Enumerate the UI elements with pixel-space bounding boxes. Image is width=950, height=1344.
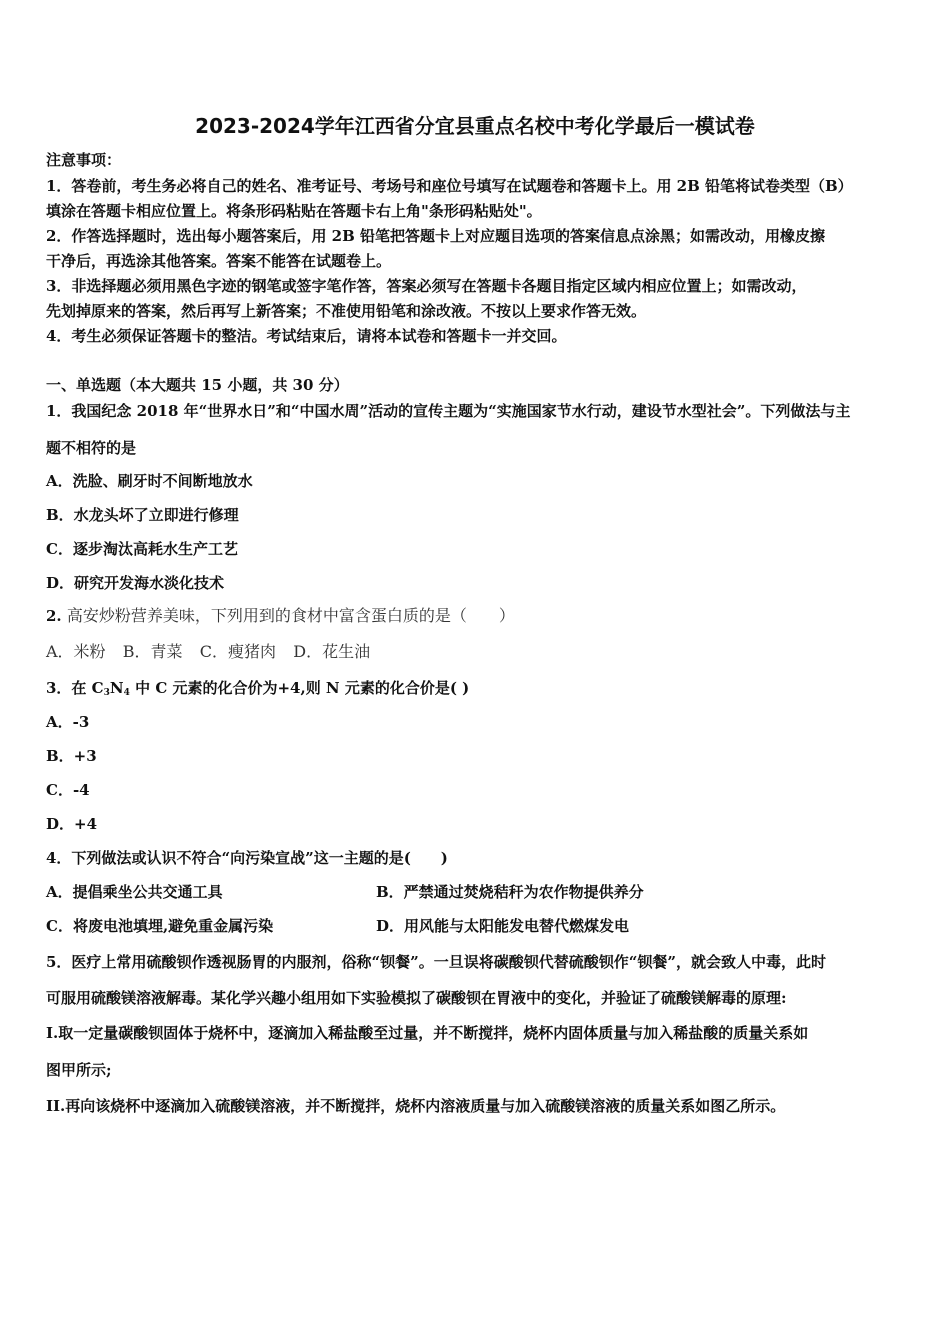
question-1-option-c: C．逐步淘汰高耗水生产工艺 [46, 539, 238, 559]
question-2-option-b: B．青菜 [123, 642, 183, 661]
question-4-option-d: D．用风能与太阳能发电替代燃煤发电 [376, 916, 629, 936]
question-3-text-suffix: 中 C 元素的化合价为+4,则 N 元素的化合价是( ) [130, 679, 469, 697]
question-4-option-c: C．将废电池填埋,避免重金属污染 [46, 916, 273, 936]
question-2-option-a: A．米粉 [46, 642, 106, 661]
section-heading: 一、单选题（本大题共 15 小题，共 30 分） [46, 375, 349, 395]
question-4-option-b: B．严禁通过焚烧秸秆为农作物提供养分 [376, 882, 644, 902]
formula-element-c: C [92, 679, 104, 697]
question-3-stem: 3．在 C3N4 中 C 元素的化合价为+4,则 N 元素的化合价是( ) [46, 678, 469, 698]
question-1-option-a: A．洗脸、刷牙时不间断地放水 [46, 471, 253, 491]
notice-line: 3．非选择题必须用黑色字迹的钢笔或签字笔作答，答案必须写在答题卡各题目指定区域内… [46, 276, 806, 296]
question-5-step-2: II.再向该烧杯中逐滴加入硫酸镁溶液，并不断搅拌，烧杯内溶液质量与加入硫酸镁溶液… [46, 1096, 785, 1116]
question-2-stem: 2. 高安炒粉营养美味，下列用到的食材中富含蛋白质的是（ ） [46, 606, 515, 626]
notice-line: 干净后，再选涂其他答案。答案不能答在试题卷上。 [46, 251, 391, 271]
notice-line: 填涂在答题卡相应位置上。将条形码粘贴在答题卡右上角"条形码粘贴处"。 [46, 201, 542, 221]
notice-line: 2．作答选择题时，选出每小题答案后，用 2B 铅笔把答题卡上对应题目选项的答案信… [46, 226, 825, 246]
question-2-option-c: C．瘦猪肉 [200, 642, 276, 661]
question-1-stem: 1．我国纪念 2018 年“世界水日”和“中国水周”活动的宣传主题为“实施国家节… [46, 401, 850, 421]
formula-element-n: N [110, 679, 124, 697]
question-3-option-d: D．+4 [46, 814, 97, 834]
question-5-stem-cont: 可服用硫酸镁溶液解毒。某化学兴趣小组用如下实验模拟了碳酸钡在胃液中的变化，并验证… [46, 988, 787, 1008]
question-3-option-a: A．-3 [46, 712, 89, 732]
page-title: 2023-2024学年江西省分宜县重点名校中考化学最后一模试卷 [0, 110, 950, 139]
notice-heading: 注意事项： [46, 150, 121, 170]
notice-line: 1．答卷前，考生务必将自己的姓名、准考证号、考场号和座位号填写在试题卷和答题卡上… [46, 176, 853, 196]
question-3-text-prefix: 3．在 [46, 679, 92, 697]
notice-line: 4．考生必须保证答题卡的整洁。考试结束后，请将本试卷和答题卡一并交回。 [46, 326, 566, 346]
question-2-number: 2. [46, 607, 62, 625]
question-4-stem: 4．下列做法或认识不符合“向污染宣战”这一主题的是( ) [46, 848, 448, 868]
question-5-step-1-cont: 图甲所示; [46, 1060, 112, 1080]
question-2-text: 高安炒粉营养美味，下列用到的食材中富含蛋白质的是（ ） [67, 606, 515, 625]
notice-line: 先划掉原来的答案，然后再写上新答案；不准使用铅笔和涂改液。不按以上要求作答无效。 [46, 301, 646, 321]
question-2-options: A．米粉 B．青菜 C．瘦猪肉 D．花生油 [46, 642, 370, 662]
question-1-stem-cont: 题不相符的是 [46, 438, 136, 458]
question-3-option-b: B．+3 [46, 746, 97, 766]
question-5-stem: 5．医疗上常用硫酸钡作透视肠胃的内服剂，俗称“钡餐”。一旦误将碳酸钡代替硫酸钡作… [46, 952, 826, 972]
question-2-option-d: D．花生油 [293, 642, 370, 661]
question-1-option-b: B．水龙头坏了立即进行修理 [46, 505, 239, 525]
question-3-option-c: C．-4 [46, 780, 90, 800]
question-4-option-a: A．提倡乘坐公共交通工具 [46, 882, 223, 902]
question-1-option-d: D．研究开发海水淡化技术 [46, 573, 224, 593]
question-5-step-1: I.取一定量碳酸钡固体于烧杯中，逐滴加入稀盐酸至过量，并不断搅拌，烧杯内固体质量… [46, 1023, 808, 1043]
exam-page: 2023-2024学年江西省分宜县重点名校中考化学最后一模试卷 注意事项： 1．… [0, 0, 950, 1344]
